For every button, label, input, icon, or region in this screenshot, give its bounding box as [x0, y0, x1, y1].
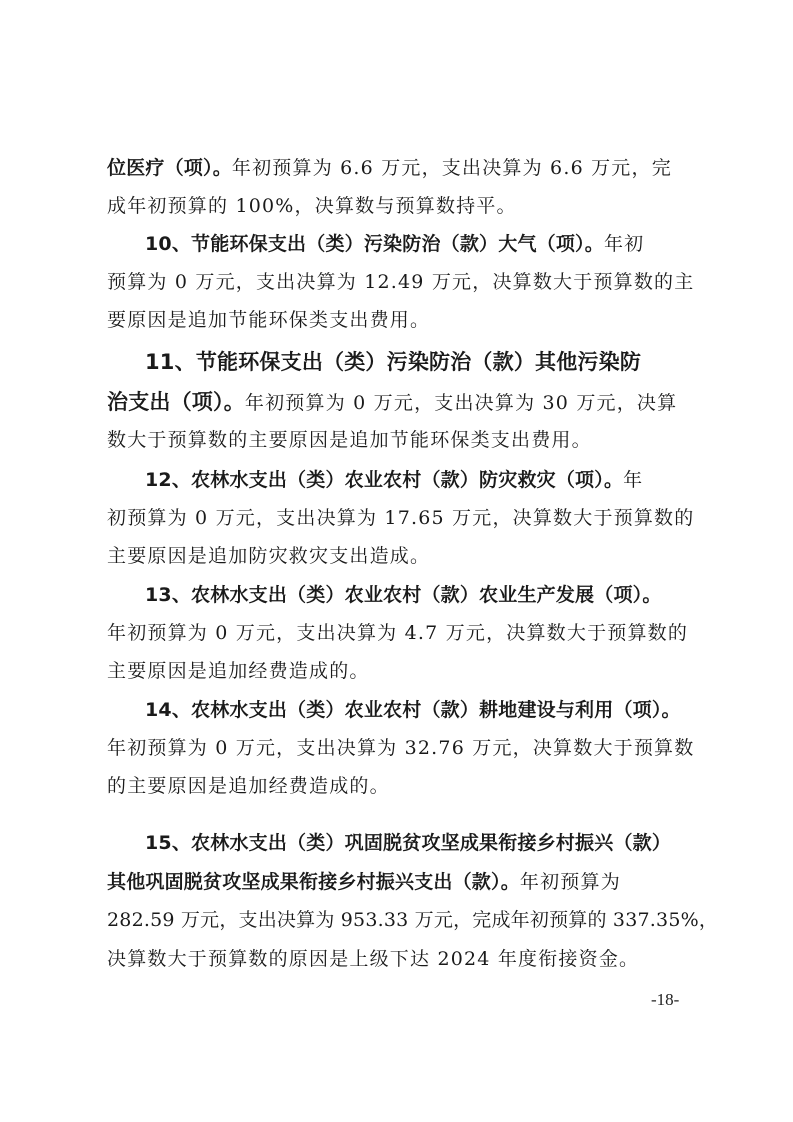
item-text: 282.59 万元，支出决算为 953.33 万元，完成年初预算的 337.35…	[107, 909, 718, 931]
item-text: 年初预算为 0 万元，支出决算为 32.76 万元，决算数大于预算数	[107, 737, 694, 759]
item-heading: 10、节能环保支出（类）污染防治（款）大气（项）。	[145, 233, 604, 255]
paragraph-line: 要原因是追加节能环保类支出费用。	[107, 308, 692, 332]
paragraph-line: 14、农林水支出（类）农业农村（款）耕地建设与利用（项）。	[145, 698, 692, 722]
paragraph-line: 10、节能环保支出（类）污染防治（款）大气（项）。年初	[145, 232, 692, 256]
paragraph-line: 决算数大于预算数的原因是上级下达 2024 年度衔接资金。	[107, 947, 692, 971]
paragraph-line: 15、农林水支出（类）巩固脱贫攻坚成果衔接乡村振兴（款）	[145, 831, 692, 855]
paragraph-line: 的主要原因是追加经费造成的。	[107, 774, 692, 798]
paragraph-line: 初预算为 0 万元，支出决算为 17.65 万元，决算数大于预算数的	[107, 506, 692, 530]
paragraph-line: 数大于预算数的主要原因是追加节能环保类支出费用。	[107, 428, 692, 452]
item-text: 决算数大于预算数的原因是上级下达 2024 年度衔接资金。	[107, 948, 639, 970]
item-heading: 12、农林水支出（类）农业农村（款）防灾救灾（项）。	[145, 469, 623, 491]
item-text: 主要原因是追加经费造成的。	[107, 660, 370, 682]
item-text: 年初预算为 0 万元，支出决算为 30 万元，决算	[245, 392, 677, 414]
paragraph-line: 主要原因是追加经费造成的。	[107, 659, 692, 683]
paragraph-line: 年初预算为 0 万元，支出决算为 4.7 万元，决算数大于预算数的	[107, 621, 692, 645]
item-heading: 11、节能环保支出（类）污染防治（款）其他污染防	[145, 350, 641, 374]
item-text: 数大于预算数的主要原因是追加节能环保类支出费用。	[107, 429, 592, 451]
paragraph-line: 预算为 0 万元，支出决算为 12.49 万元，决算数大于预算数的主	[107, 270, 692, 294]
paragraph-line: 年初预算为 0 万元，支出决算为 32.76 万元，决算数大于预算数	[107, 736, 692, 760]
item-heading: 治支出（项）。	[107, 390, 245, 414]
item-heading: 13、农林水支出（类）农业农村（款）农业生产发展（项）。	[145, 584, 662, 606]
item-text: 年初预算为	[520, 871, 621, 893]
item-text: 的主要原因是追加经费造成的。	[107, 775, 390, 797]
paragraph-line: 成年初预算的 100%，决算数与预算数持平。	[107, 194, 692, 218]
item-text: 年初	[604, 233, 644, 255]
paragraph-line: 12、农林水支出（类）农业农村（款）防灾救灾（项）。年	[145, 468, 692, 492]
paragraph-line: 11、节能环保支出（类）污染防治（款）其他污染防	[145, 350, 692, 374]
item-text: 初预算为 0 万元，支出决算为 17.65 万元，决算数大于预算数的	[107, 507, 694, 529]
paragraph-line: 位医疗（项）。年初预算为 6.6 万元，支出决算为 6.6 万元，完	[107, 156, 692, 180]
paragraph-line: 其他巩固脱贫攻坚成果衔接乡村振兴支出（款）。年初预算为	[107, 870, 692, 894]
item-heading: 15、农林水支出（类）巩固脱贫攻坚成果衔接乡村振兴（款）	[145, 832, 671, 854]
paragraph-line: 282.59 万元，支出决算为 953.33 万元，完成年初预算的 337.35…	[107, 908, 692, 932]
paragraph-line: 13、农林水支出（类）农业农村（款）农业生产发展（项）。	[145, 583, 692, 607]
item-heading: 其他巩固脱贫攻坚成果衔接乡村振兴支出（款）。	[107, 871, 520, 893]
paragraph-line: 治支出（项）。年初预算为 0 万元，支出决算为 30 万元，决算	[107, 390, 692, 415]
paragraph-line: 主要原因是追加防灾救灾支出造成。	[107, 544, 692, 568]
item-heading: 14、农林水支出（类）农业农村（款）耕地建设与利用（项）。	[145, 699, 681, 721]
item-text: 年初预算为 0 万元，支出决算为 4.7 万元，决算数大于预算数的	[107, 622, 688, 644]
item-text: 主要原因是追加防灾救灾支出造成。	[107, 545, 430, 567]
document-page: 位医疗（项）。年初预算为 6.6 万元，支出决算为 6.6 万元，完 成年初预算…	[0, 0, 793, 1122]
item-heading: 位医疗（项）。	[107, 157, 232, 179]
item-text: 年初预算为 6.6 万元，支出决算为 6.6 万元，完	[232, 157, 672, 179]
page-number: -18-	[651, 990, 679, 1010]
item-text: 要原因是追加节能环保类支出费用。	[107, 309, 430, 331]
item-text: 成年初预算的 100%，决算数与预算数持平。	[107, 195, 517, 217]
item-text: 年	[623, 469, 643, 491]
item-text: 预算为 0 万元，支出决算为 12.49 万元，决算数大于预算数的主	[107, 271, 694, 293]
